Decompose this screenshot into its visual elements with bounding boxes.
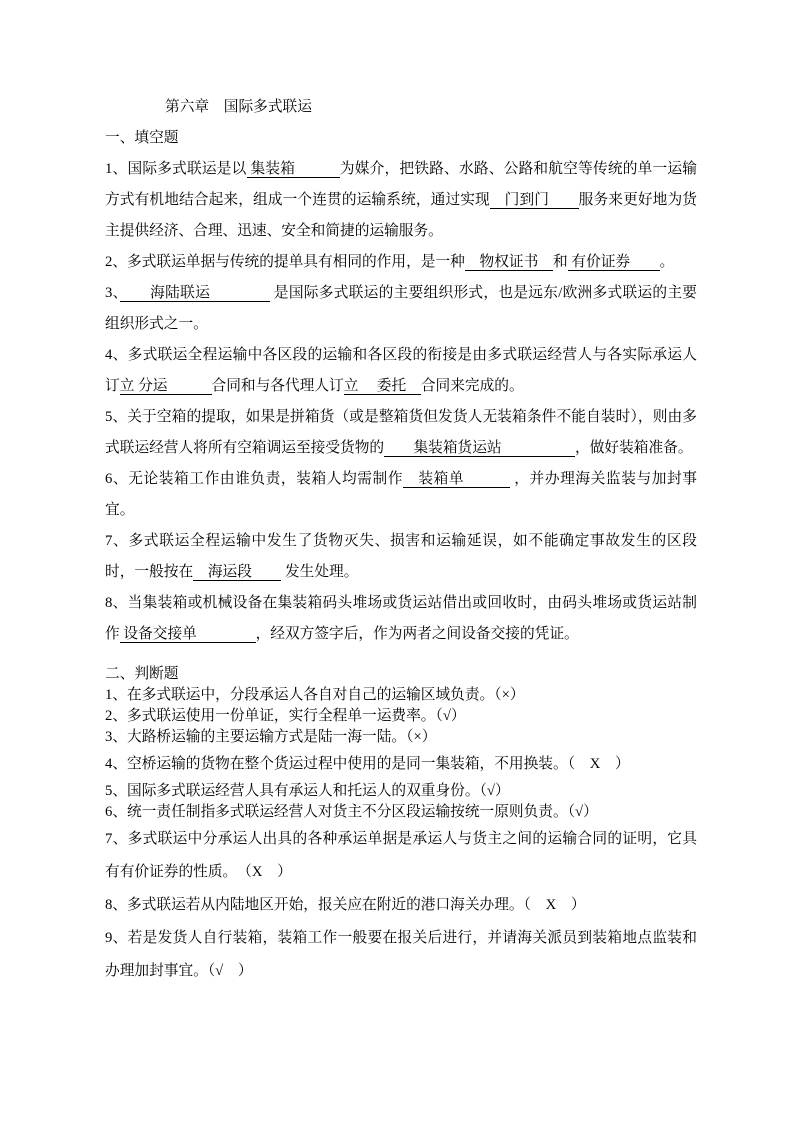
question-text: 3、 xyxy=(105,285,120,301)
question-text: 8、多式联运若从内陆地区开始，报关应在附近的港口海关办理。 xyxy=(105,897,524,913)
question-text: 合同和与各代理人订 xyxy=(212,378,344,394)
question-text: 发生处理。 xyxy=(281,564,358,580)
answer-mark: （ X ） xyxy=(568,756,630,772)
blank-answer: 集装箱货运站 xyxy=(384,440,575,457)
answer-mark: （√） xyxy=(480,783,510,799)
blank-answer: 海运段 xyxy=(193,564,281,581)
answer-mark: （X ） xyxy=(245,864,292,880)
question: 4、空桥运输的货物在整个货运过程中使用的是同一集装箱，不用换装。（ X ） xyxy=(105,748,697,781)
question-text: 7、多式联运中分承运人出具的各种承运单据是承运人与货主之间的运输合同的证明，它具… xyxy=(105,831,697,880)
question: 2、多式联运单据与传统的提单具有相同的作用，是一种 物权证书 和 有价证券 。 xyxy=(105,247,697,278)
question-text: 6、无论装箱工作由谁负责，装箱人均需制作 xyxy=(105,471,403,487)
blank-answer: 设备交接单 xyxy=(120,626,256,643)
true-false-section: 二、判断题 1、在多式联运中，分段承运人各自对自己的运输区域负责。（×）2、多式… xyxy=(105,664,697,988)
chapter-title-text: 第六章 国际多式联运 xyxy=(165,99,312,115)
answer-mark: （√） xyxy=(435,708,465,724)
fill-blank-heading: 一、填空题 xyxy=(105,123,697,154)
blank-answer: 装箱单 xyxy=(403,471,510,488)
question-text: 5、国际多式联运经营人具有承运人和托运人的双重身份。 xyxy=(105,783,480,799)
blank-answer: 门到门 xyxy=(490,192,579,209)
true-false-questions: 1、在多式联运中，分段承运人各自对自己的运输区域负责。（×）2、多式联运使用一份… xyxy=(105,685,697,988)
fill-blank-questions: 1、国际多式联运是以 集装箱 为媒介，把铁路、水路、公路和航空等传统的单一运输方… xyxy=(105,154,697,650)
blank-answer: 有价证券 xyxy=(568,254,660,271)
question-text: 2、多式联运使用一份单证，实行全程单一运费率。 xyxy=(105,708,435,724)
answer-mark: （×） xyxy=(494,687,524,703)
question: 5、国际多式联运经营人具有承运人和托运人的双重身份。（√） xyxy=(105,781,697,802)
question: 4、多式联运全程运输中各区段的运输和各区段的衔接是由多式联运经营人与各实际承运人… xyxy=(105,340,697,402)
answer-mark: （ X ） xyxy=(524,897,586,913)
question-text: 合同来完成的。 xyxy=(421,378,524,394)
question-text: 和 xyxy=(553,254,568,270)
fill-blank-section: 一、填空题 1、国际多式联运是以 集装箱 为媒介，把铁路、水路、公路和航空等传统… xyxy=(105,123,697,650)
question-text: 。 xyxy=(660,254,675,270)
question-text: 9、若是发货人自行装箱，装箱工作一般要在报关后进行，并请海关派员到装箱地点监装和… xyxy=(105,930,697,979)
answer-mark: （√ ） xyxy=(208,963,253,979)
question-text: 4、空桥运输的货物在整个货运过程中使用的是同一集装箱，不用换装。 xyxy=(105,756,568,772)
blank-answer: 物权证书 xyxy=(465,254,553,271)
blank-answer: 海陆联运 xyxy=(120,285,270,302)
question: 3、 海陆联运 是国际多式联运的主要组织形式，也是远东/欧洲多式联运的主要组织形… xyxy=(105,278,697,340)
question-text: 1、国际多式联运是以 xyxy=(105,161,247,177)
answer-mark: （√） xyxy=(568,804,598,820)
question-text: 2、多式联运单据与传统的提单具有相同的作用，是一种 xyxy=(105,254,465,270)
question: 7、多式联运全程运输中发生了货物灭失、损害和运输延误，如不能确定事故发生的区段时… xyxy=(105,526,697,588)
true-false-heading: 二、判断题 xyxy=(105,664,697,685)
question-text: ，做好装箱准备。 xyxy=(575,440,693,456)
question: 1、国际多式联运是以 集装箱 为媒介，把铁路、水路、公路和航空等传统的单一运输方… xyxy=(105,154,697,247)
blank-answer: 立 分运 xyxy=(120,378,212,395)
question: 8、多式联运若从内陆地区开始，报关应在附近的港口海关办理。（ X ） xyxy=(105,889,697,922)
question: 2、多式联运使用一份单证，实行全程单一运费率。（√） xyxy=(105,706,697,727)
question: 1、在多式联运中，分段承运人各自对自己的运输区域负责。（×） xyxy=(105,685,697,706)
question-text: ，经双方签字后，作为两者之间设备交接的凭证。 xyxy=(256,626,579,642)
question: 3、大路桥运输的主要运输方式是陆一海一陆。（×） xyxy=(105,727,697,748)
document-page: 第六章 国际多式联运 一、填空题 1、国际多式联运是以 集装箱 为媒介，把铁路、… xyxy=(0,0,794,1123)
chapter-title: 第六章 国际多式联运 xyxy=(105,92,697,123)
question: 6、无论装箱工作由谁负责，装箱人均需制作 装箱单 ，并办理海关监装与加封事宜。 xyxy=(105,464,697,526)
question-text: 6、统一责任制指多式联运经营人对货主不分区段运输按统一原则负责。 xyxy=(105,804,568,820)
question: 8、当集装箱或机械设备在集装箱码头堆场或货运站借出或回收时，由码头堆场或货运站制… xyxy=(105,588,697,650)
question: 7、多式联运中分承运人出具的各种承运单据是承运人与货主之间的运输合同的证明，它具… xyxy=(105,823,697,889)
blank-answer: 立 委托 xyxy=(344,378,421,395)
question-text: 3、大路桥运输的主要运输方式是陆一海一陆。 xyxy=(105,729,406,745)
question: 6、统一责任制指多式联运经营人对货主不分区段运输按统一原则负责。（√） xyxy=(105,802,697,823)
question-text: 1、在多式联运中，分段承运人各自对自己的运输区域负责。 xyxy=(105,687,494,703)
question: 9、若是发货人自行装箱，装箱工作一般要在报关后进行，并请海关派员到装箱地点监装和… xyxy=(105,922,697,988)
blank-answer: 集装箱 xyxy=(247,161,340,178)
answer-mark: （×） xyxy=(406,729,436,745)
question: 5、关于空箱的提取，如果是拼箱货（或是整箱货但发货人无装箱条件不能自装时），则由… xyxy=(105,402,697,464)
